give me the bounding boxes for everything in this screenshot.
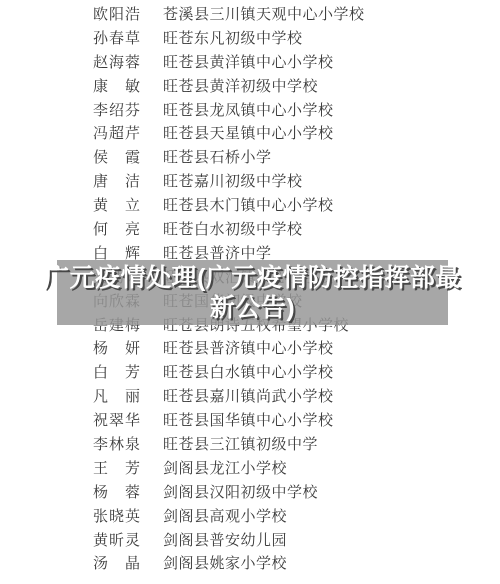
school-name: 旺苍县木门镇中心小学校 bbox=[163, 195, 334, 219]
school-name: 旺苍县普济镇中心小学校 bbox=[163, 338, 334, 362]
teacher-name: 汤 晶 bbox=[93, 553, 141, 577]
teacher-name: 李绍芬 bbox=[93, 100, 141, 124]
school-name: 旺苍白水初级中学校 bbox=[163, 219, 303, 243]
table-row: 黄 立 旺苍县木门镇中心小学校 bbox=[0, 195, 500, 219]
school-name: 剑阁县姚家小学校 bbox=[163, 553, 287, 577]
table-row: 祝翠华 旺苍县国华镇中心小学校 bbox=[0, 410, 500, 434]
teacher-name: 黄 立 bbox=[93, 195, 141, 219]
teacher-name: 白 芳 bbox=[93, 362, 141, 386]
school-name: 剑阁县普安幼儿园 bbox=[163, 530, 287, 554]
teacher-name: 冯超芹 bbox=[93, 123, 141, 147]
overlay-title-line2: 新公告) bbox=[210, 293, 295, 323]
school-name: 剑阁县高观小学校 bbox=[163, 506, 287, 530]
table-row: 孙春草 旺苍东凡初级中学校 bbox=[0, 28, 500, 52]
school-name: 旺苍县石桥小学 bbox=[163, 147, 272, 171]
table-row: 杨 妍 旺苍县普济镇中心小学校 bbox=[0, 338, 500, 362]
school-name: 旺苍县黄洋初级中学校 bbox=[163, 76, 318, 100]
teacher-name: 李林泉 bbox=[93, 434, 141, 458]
teacher-name: 黄昕灵 bbox=[93, 530, 141, 554]
roster-page: 欧阳浩 苍溪县三川镇天观中心小学校 孙春草 旺苍东凡初级中学校 赵海蓉 旺苍县黄… bbox=[0, 0, 500, 584]
school-name: 旺苍县白水镇中心小学校 bbox=[163, 362, 334, 386]
table-row: 白 芳 旺苍县白水镇中心小学校 bbox=[0, 362, 500, 386]
school-name: 旺苍县国华镇中心小学校 bbox=[163, 410, 334, 434]
teacher-name: 张晓英 bbox=[93, 506, 141, 530]
table-row: 杨 蓉 剑阁县汉阳初级中学校 bbox=[0, 482, 500, 506]
school-name: 旺苍县天星镇中心小学校 bbox=[163, 123, 334, 147]
table-row: 何 亮 旺苍白水初级中学校 bbox=[0, 219, 500, 243]
teacher-name: 杨 妍 bbox=[93, 338, 141, 362]
teacher-name: 侯 霞 bbox=[93, 147, 141, 171]
title-overlay: 广元疫情处理(广元疫情防控指挥部最 新公告) bbox=[57, 260, 448, 325]
table-row: 李绍芬 旺苍县龙凤镇中心小学校 bbox=[0, 100, 500, 124]
teacher-name: 杨 蓉 bbox=[93, 482, 141, 506]
school-name: 旺苍东凡初级中学校 bbox=[163, 28, 303, 52]
teacher-name: 何 亮 bbox=[93, 219, 141, 243]
table-row: 李林泉 旺苍县三江镇初级中学 bbox=[0, 434, 500, 458]
school-name: 旺苍县黄洋镇中心小学校 bbox=[163, 52, 334, 76]
table-row: 欧阳浩 苍溪县三川镇天观中心小学校 bbox=[0, 4, 500, 28]
table-row: 张晓英 剑阁县高观小学校 bbox=[0, 506, 500, 530]
school-name: 旺苍嘉川初级中学校 bbox=[163, 171, 303, 195]
teacher-name: 唐 洁 bbox=[93, 171, 141, 195]
school-name: 苍溪县三川镇天观中心小学校 bbox=[163, 4, 365, 28]
table-row: 唐 洁 旺苍嘉川初级中学校 bbox=[0, 171, 500, 195]
teacher-name: 赵海蓉 bbox=[93, 52, 141, 76]
teacher-name: 王 芳 bbox=[93, 458, 141, 482]
table-row: 凡 丽 旺苍县嘉川镇尚武小学校 bbox=[0, 386, 500, 410]
school-name: 旺苍县龙凤镇中心小学校 bbox=[163, 100, 334, 124]
table-row: 赵海蓉 旺苍县黄洋镇中心小学校 bbox=[0, 52, 500, 76]
table-row: 黄昕灵 剑阁县普安幼儿园 bbox=[0, 530, 500, 554]
teacher-name: 欧阳浩 bbox=[93, 4, 141, 28]
school-name: 剑阁县汉阳初级中学校 bbox=[163, 482, 318, 506]
school-name: 剑阁县龙江小学校 bbox=[163, 458, 287, 482]
overlay-title-line1: 广元疫情处理(广元疫情防控指挥部最 bbox=[44, 263, 461, 293]
school-name: 旺苍县三江镇初级中学 bbox=[163, 434, 318, 458]
teacher-name: 孙春草 bbox=[93, 28, 141, 52]
teacher-name: 祝翠华 bbox=[93, 410, 141, 434]
table-row: 王 芳 剑阁县龙江小学校 bbox=[0, 458, 500, 482]
school-name: 旺苍县嘉川镇尚武小学校 bbox=[163, 386, 334, 410]
teacher-name: 康 敏 bbox=[93, 76, 141, 100]
table-row: 汤 晶 剑阁县姚家小学校 bbox=[0, 553, 500, 577]
teacher-name: 凡 丽 bbox=[93, 386, 141, 410]
table-row: 冯超芹 旺苍县天星镇中心小学校 bbox=[0, 123, 500, 147]
table-row: 康 敏 旺苍县黄洋初级中学校 bbox=[0, 76, 500, 100]
table-row: 侯 霞 旺苍县石桥小学 bbox=[0, 147, 500, 171]
